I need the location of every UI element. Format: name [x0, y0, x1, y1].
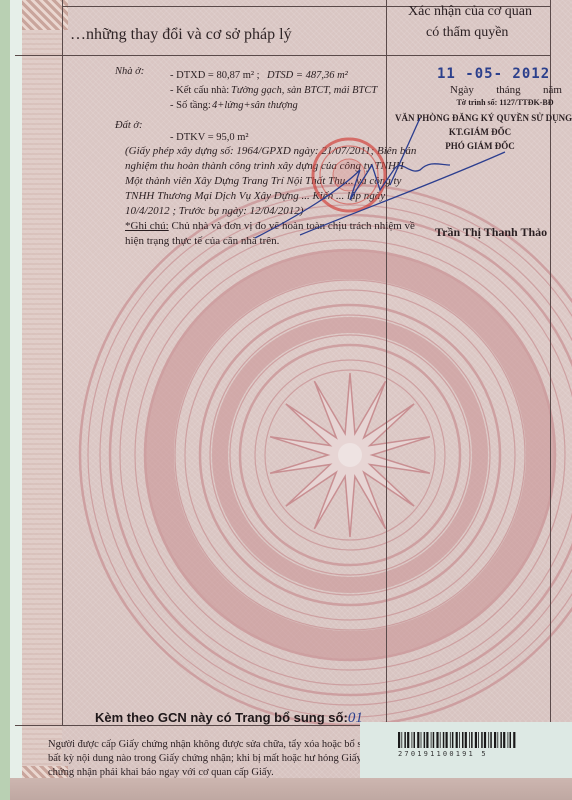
barcode: [398, 732, 516, 748]
footer-warning: Người được cấp Giấy chứng nhận không đượ…: [48, 738, 388, 780]
legal-line: TNHH Thương Mại Dịch Vụ Xây Dựng ... Kiế…: [125, 189, 385, 204]
legal-line: 10/4/2012 ; Trước bạ ngày: 12/04/2012): [125, 204, 303, 219]
certification-subtitle: có thẩm quyền: [426, 25, 508, 41]
role-vice-director: PHÓ GIÁM ĐỐC: [440, 141, 520, 151]
supplement-label: Kèm theo GCN này có Trang bổ sung số:: [95, 710, 348, 725]
frame-line-left: [62, 0, 63, 725]
certificate-page: …những thay đổi và cơ sở pháp lý Xác nhậ…: [10, 0, 572, 800]
dtxd-value: - DTXD = 80,87 m² ;: [170, 70, 260, 81]
frame-divider: [386, 0, 387, 722]
note-text: Chủ nhà và đơn vị đo vẽ hoàn toàn chịu t…: [169, 220, 415, 232]
dtsd-value: DTSD = 487,36 m²: [267, 70, 348, 81]
role-deputy: KT.GIÁM ĐỐC: [440, 127, 520, 137]
land-label: Đất ở:: [115, 120, 142, 131]
date-labels: Ngày tháng năm: [450, 84, 562, 96]
office-name: VĂN PHÒNG ĐĂNG KÝ QUYỀN SỬ DỤNG ĐẤT: [395, 113, 555, 123]
submission-number: Tờ trình số: 1127/TTĐK-BĐ: [450, 98, 560, 107]
day-label: Ngày: [450, 84, 474, 96]
year-label: năm: [543, 84, 562, 96]
note-label: *Ghi chú:: [125, 220, 169, 232]
frame-line-right: [550, 0, 551, 722]
page-edge: [10, 0, 22, 800]
header-rule: [15, 55, 550, 56]
note-line-2: hiện trạng thực tế của căn nhà trên.: [125, 234, 279, 249]
supplement-line: Kèm theo GCN này có Trang bổ sung số:01: [95, 710, 363, 727]
dtkv-value: - DTKV = 95,0 m²: [170, 132, 249, 143]
bronze-drum-watermark: [70, 175, 572, 735]
legal-line: nghiệm thu hoàn thành công trình xây dựn…: [125, 159, 404, 174]
section-title: …những thay đổi và cơ sở pháp lý: [70, 26, 292, 44]
barcode-number: 270191100191 5: [398, 750, 488, 758]
note-line: *Ghi chú: Chủ nhà và đơn vị đo vẽ hoàn t…: [125, 219, 415, 234]
certification-title: Xác nhận của cơ quan: [408, 4, 532, 20]
legal-line: (Giấy phép xây dựng số: 1964/GPXD ngày: …: [125, 144, 416, 159]
structure-value: Tường gạch, sàn BTCT, mái BTCT: [231, 85, 377, 96]
decorative-border: [22, 0, 62, 800]
floors-label: - Số tầng:: [170, 100, 211, 111]
signer-name: Trần Thị Thanh Thảo: [435, 225, 547, 240]
floors-value: 4+lửng+sân thượng: [212, 100, 298, 111]
structure-label: - Kết cấu nhà:: [170, 85, 229, 96]
date-stamp: 11 -05- 2012: [437, 66, 550, 82]
house-label: Nhà ở:: [115, 66, 144, 77]
page-bottom-edge: [10, 778, 572, 800]
barcode-panel: 270191100191 5: [360, 722, 572, 778]
month-label: tháng: [496, 84, 520, 96]
legal-line: Một thành viên Xây Dựng Trang Trí Nội Th…: [125, 174, 401, 189]
